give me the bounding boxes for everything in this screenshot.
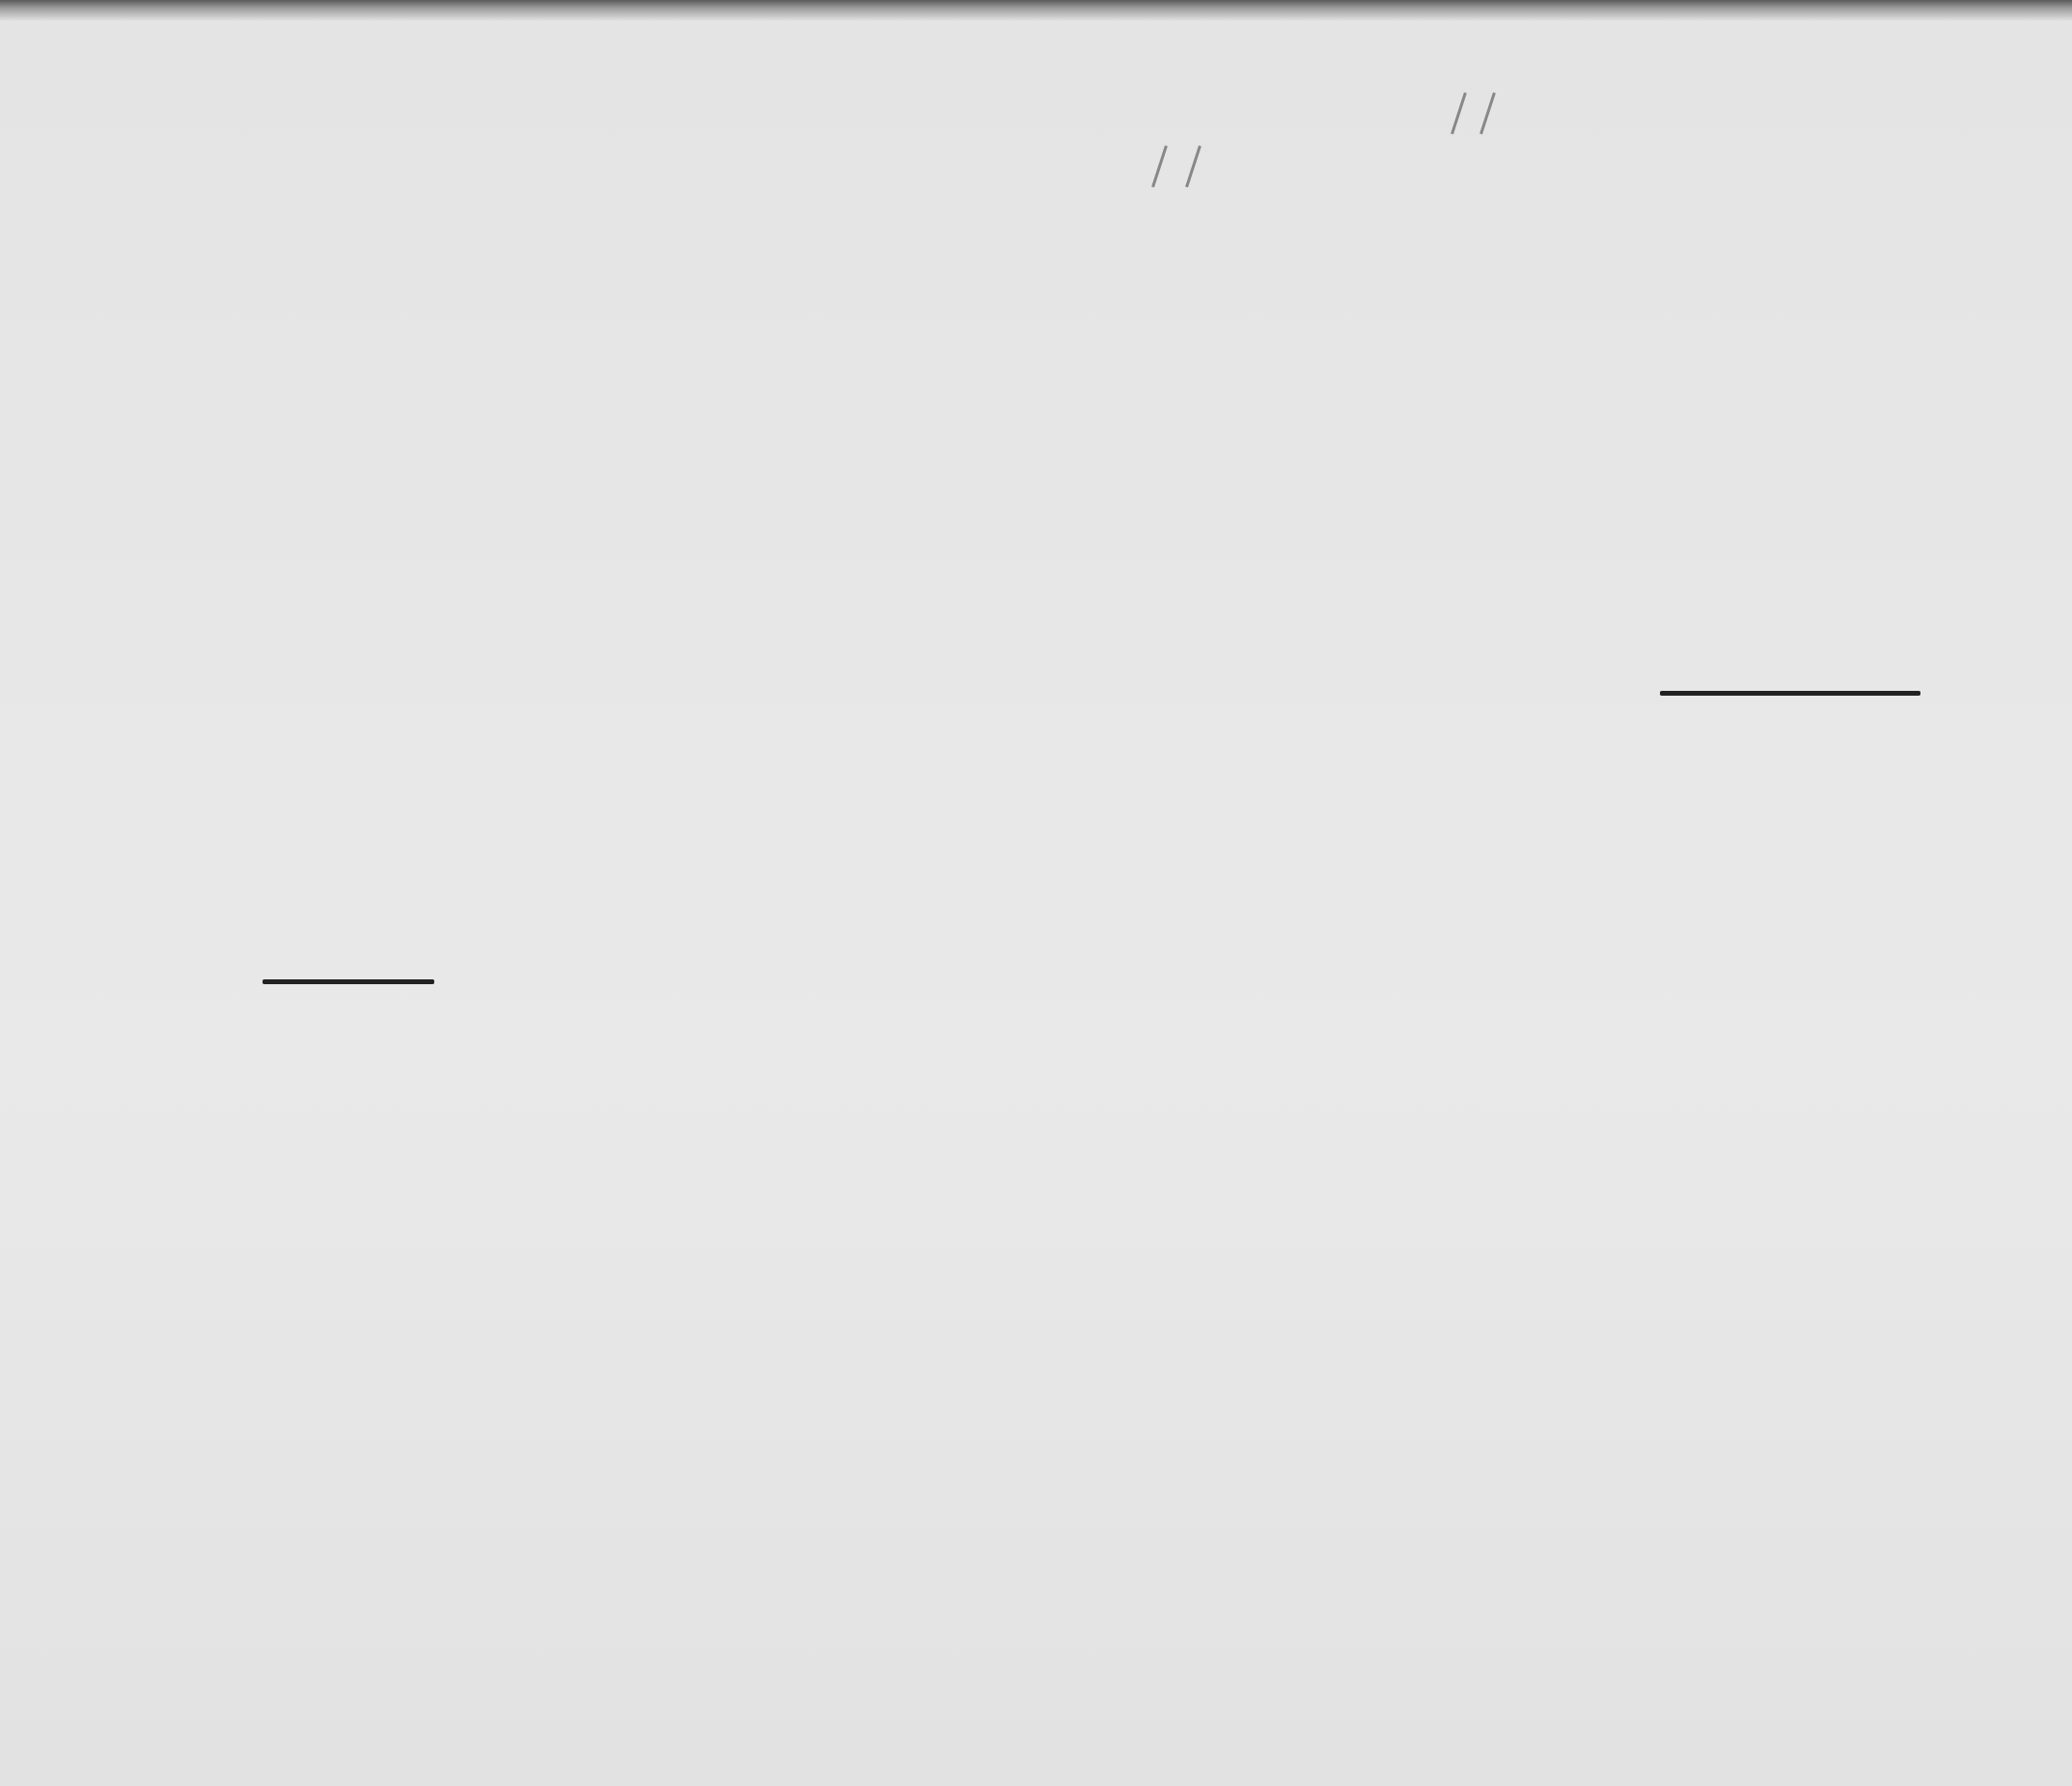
name-underline xyxy=(262,979,434,984)
scanned-document-page xyxy=(0,0,2072,1786)
faint-mark xyxy=(1450,93,1467,135)
faint-mark xyxy=(1151,146,1168,188)
faint-mark xyxy=(1185,146,1202,188)
fill-line xyxy=(1660,691,1920,696)
faint-mark xyxy=(1479,93,1496,135)
